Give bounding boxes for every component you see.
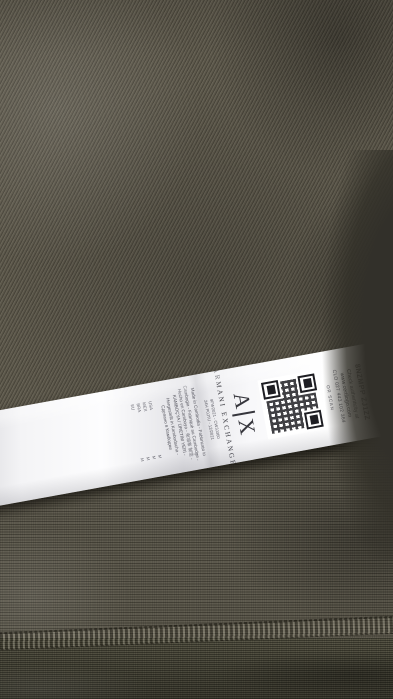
size-value: M [144,456,151,461]
ax-logo: A X [229,391,259,437]
size-region: EU [128,404,135,411]
qr-finder-bottom-left [261,380,281,400]
size-table: USA M MEX M BRA M EU M [128,401,163,463]
garment-label-photo: 8NZMPP ZJ1ZZ Check authenticity at www.c… [0,0,393,699]
size-value: M [138,458,145,463]
ax-logo-x: X [234,417,258,437]
size-region: BRA [134,403,142,413]
ax-logo-a: A [230,391,254,411]
size-value: M [156,454,163,459]
ax-logo-divider [233,411,256,417]
origin-text-block: Made in Cambodia - Fabbricato in Cambogi… [156,384,208,466]
fabric-fold-right [315,150,393,560]
size-value: M [150,455,157,460]
